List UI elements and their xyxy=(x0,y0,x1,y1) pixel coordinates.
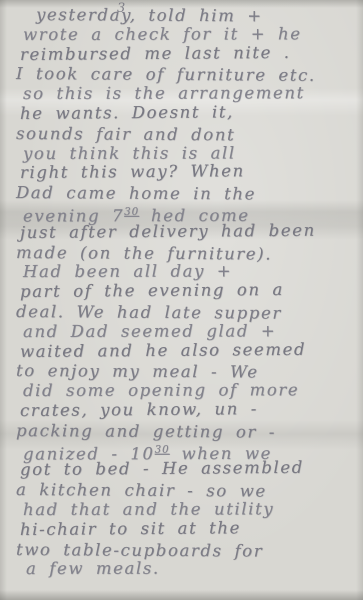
handwritten-text: crates, you know, un - xyxy=(20,399,258,420)
handwritten-line: got to bed - He assembled xyxy=(20,458,359,480)
handwritten-line: right this way? When xyxy=(20,161,359,183)
handwritten-line: a few meals. xyxy=(26,558,359,579)
handwritten-text: did some opening of more xyxy=(23,380,299,400)
handwritten-text: reimbursed me last nite . xyxy=(20,42,291,63)
superscript-time: 30 xyxy=(155,444,170,455)
handwritten-text: he wants. Doesnt it, xyxy=(20,102,234,123)
handwritten-text: a few meals. xyxy=(26,559,160,578)
handwritten-text: sounds fair and dont xyxy=(16,124,235,144)
handwritten-line: part of the evening on a xyxy=(20,279,359,301)
handwritten-line: hi-chair to sit at the xyxy=(20,517,359,539)
handwritten-text: and Dad seemed glad + xyxy=(23,321,276,341)
handwritten-text: yesterday, told him + xyxy=(36,5,263,25)
handwritten-line: reimbursed me last nite . xyxy=(20,42,359,64)
handwritten-line: wrote a check for it + he xyxy=(23,24,359,45)
handwritten-text: had that and the utility xyxy=(23,499,274,519)
handwritten-text: to enjoy my meal - We xyxy=(16,361,259,381)
handwritten-text: two table-cupboards for xyxy=(16,540,263,561)
letter-body: yesterday, told him +wrote a check for i… xyxy=(16,5,359,579)
handwritten-line: waited and he also seemed xyxy=(20,339,359,361)
handwritten-text: hi-chair to sit at the xyxy=(20,518,241,539)
handwritten-line: had that and the utility xyxy=(23,499,359,520)
handwritten-text: just after delivery had been xyxy=(20,220,316,241)
handwritten-line: just after delivery had been xyxy=(20,220,359,242)
handwritten-line: he wants. Doesnt it, xyxy=(20,101,359,123)
letter-paper: 3 yesterday, told him +wrote a check for… xyxy=(0,0,363,600)
handwritten-text: you think this is all xyxy=(23,143,236,163)
handwritten-text: a kitchen chair - so we xyxy=(16,480,267,501)
handwritten-text: Had been all day + xyxy=(23,262,232,282)
handwritten-text: part of the evening on a xyxy=(20,280,284,301)
handwritten-text: made (on the furniture). xyxy=(16,243,272,264)
handwritten-line: and Dad seemed glad + xyxy=(23,321,359,342)
handwritten-text: deal. We had late supper xyxy=(16,302,282,323)
handwritten-text: right this way? When xyxy=(20,162,245,183)
handwritten-text: got to bed - He assembled xyxy=(20,458,304,479)
handwritten-text: Dad came home in the xyxy=(16,183,256,203)
handwritten-text: packing and getting or - xyxy=(16,421,276,442)
handwritten-text: so this is the arrangement xyxy=(23,83,305,103)
handwritten-line: crates, you know, un - xyxy=(20,398,359,420)
handwritten-line: evening 730 hed come xyxy=(23,202,359,223)
handwritten-text: I took care of furniture etc. xyxy=(16,64,316,85)
handwritten-text: waited and he also seemed xyxy=(20,339,306,360)
superscript-time: 30 xyxy=(124,207,139,218)
handwritten-text: wrote a check for it + he xyxy=(23,24,302,44)
